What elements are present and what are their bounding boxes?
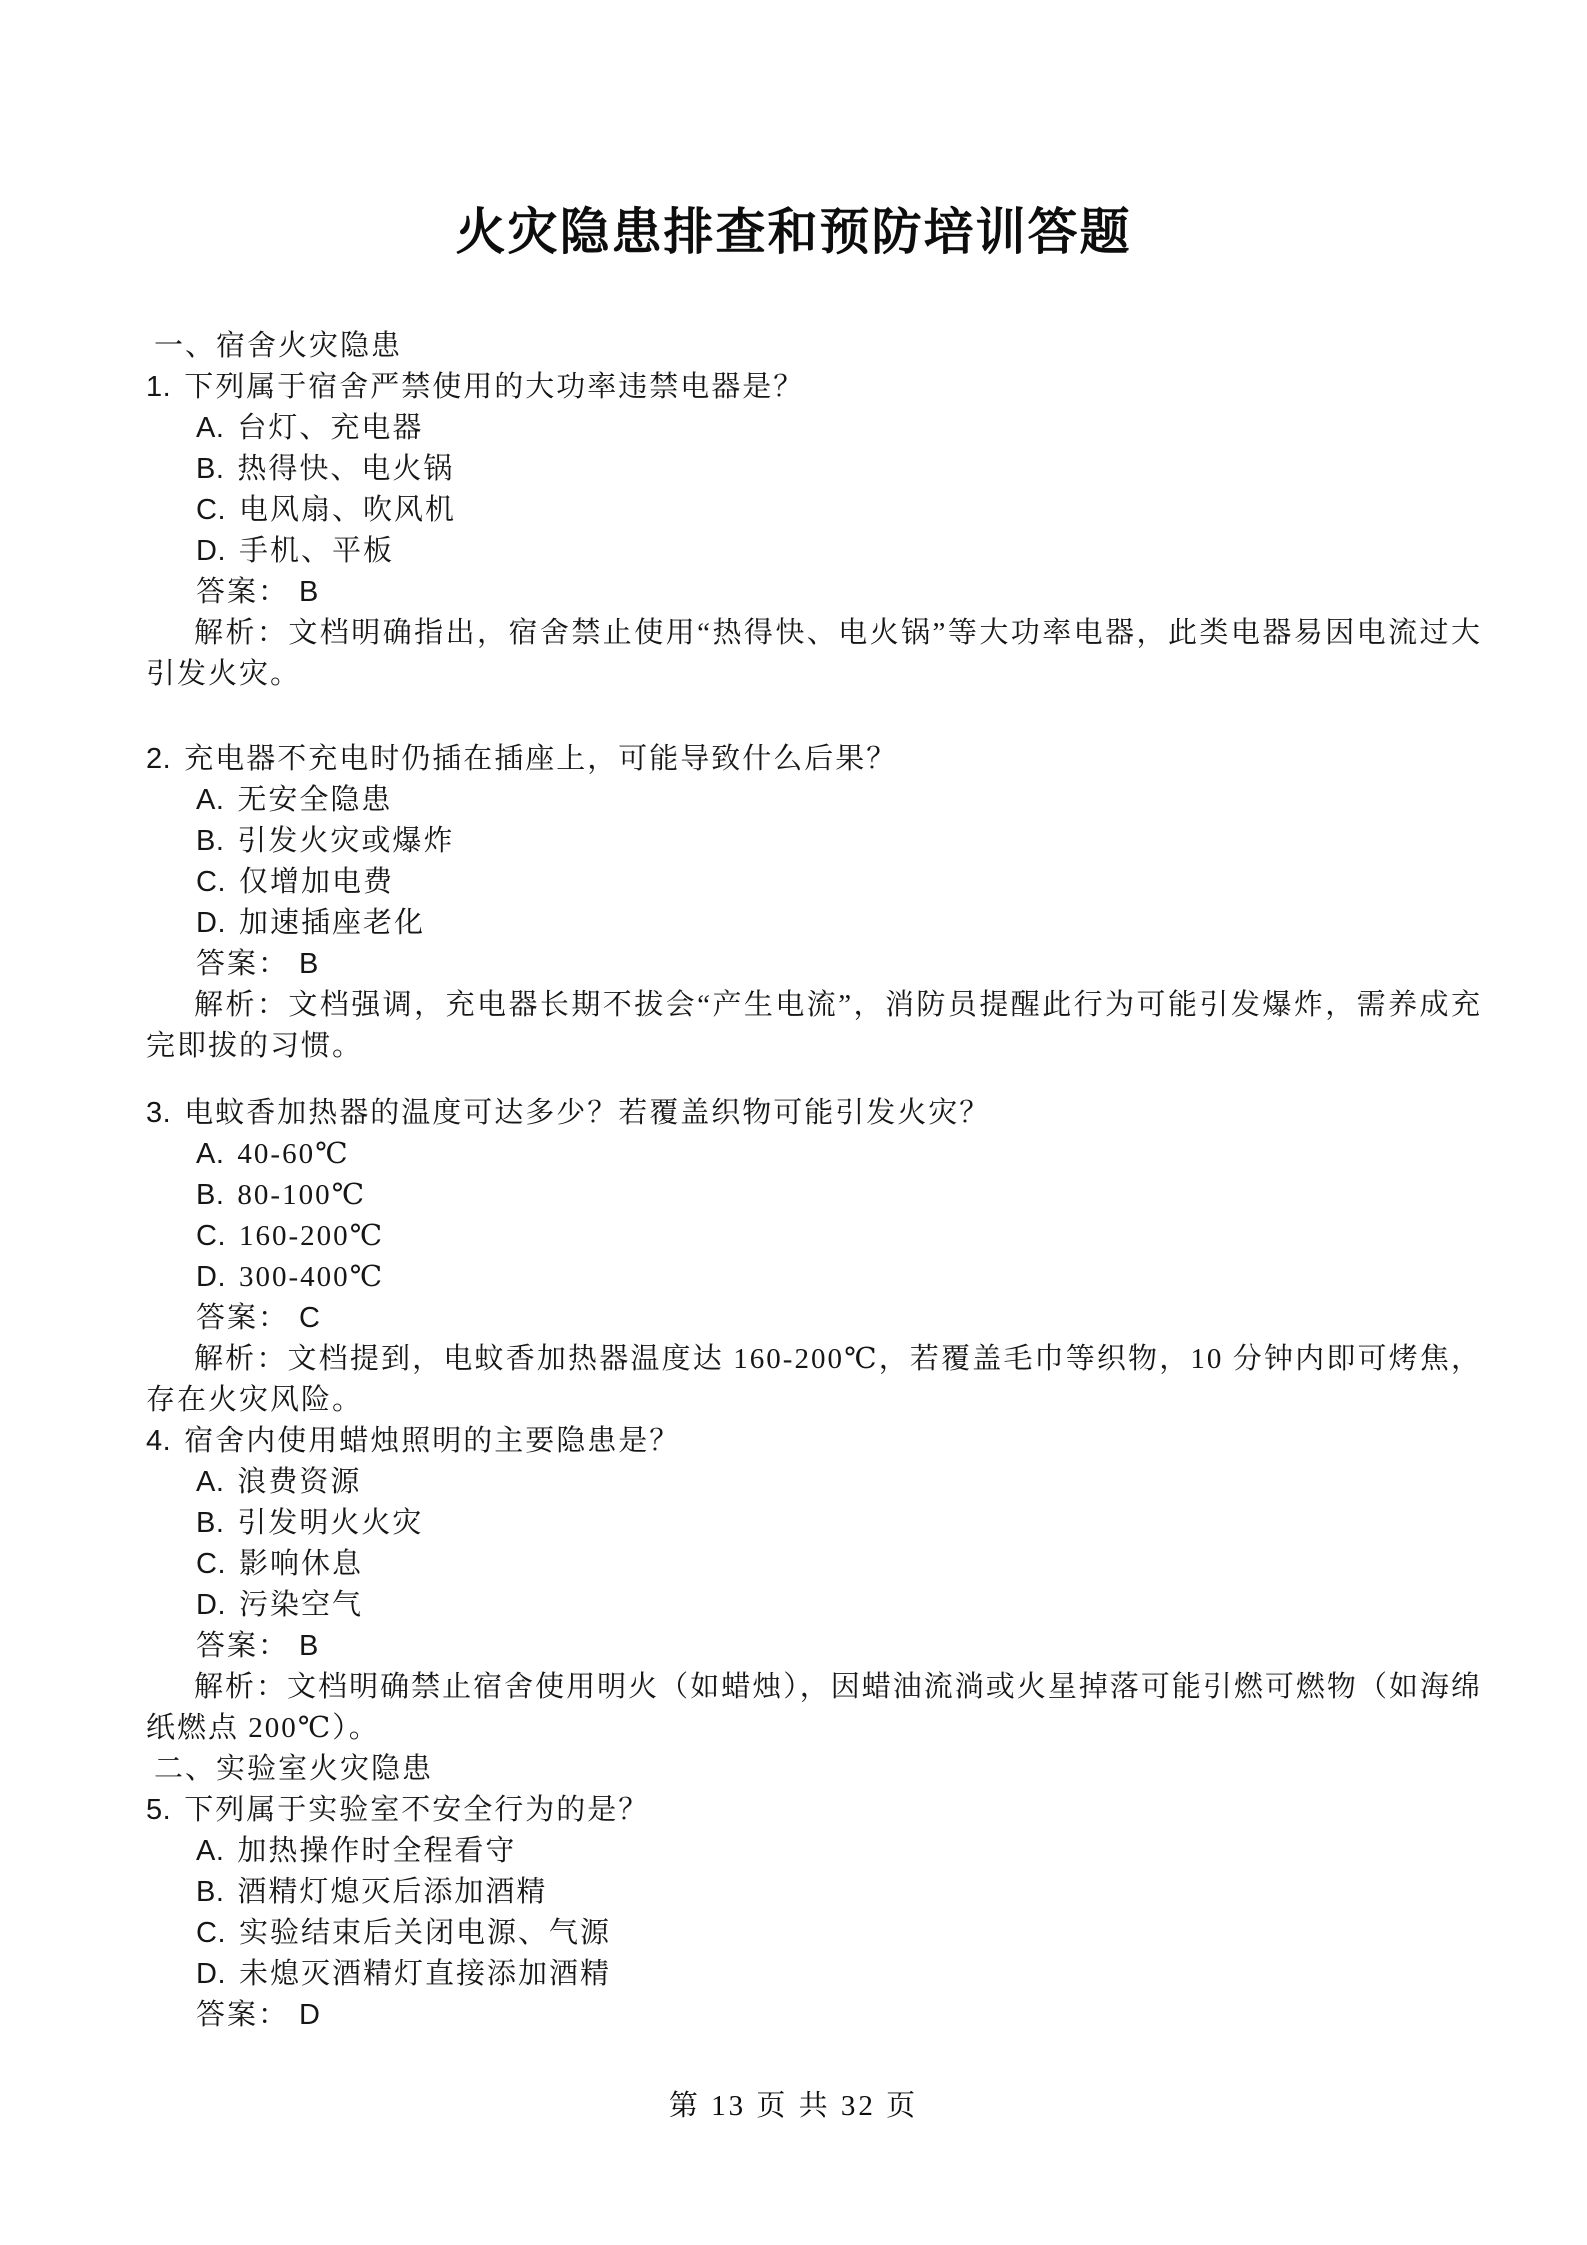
option-text: 浪费资源 [237,1466,361,1498]
option-row: B.引发明火火灾 [146,1503,1482,1544]
option-row: A.浪费资源 [146,1462,1482,1503]
option-label: C. [196,1548,226,1580]
explanation-label: 解析： [194,1343,288,1375]
option-label: B. [196,453,224,485]
option-row: A.40-60℃ [146,1134,1482,1175]
option-label: A. [196,412,224,444]
explanation-label: 解析： [194,617,288,649]
option-label: A. [196,1835,224,1867]
section-heading-2: 二、实验室火灾隐患 [146,1749,1482,1790]
answer-label: 答案： [196,1630,289,1662]
option-row: C.影响休息 [146,1544,1482,1585]
option-label: B. [196,1876,224,1908]
answer-line: 答案：C [146,1298,1482,1339]
document-body: 一、宿舍火灾隐患 1.下列属于宿舍严禁使用的大功率违禁电器是？ A.台灯、充电器… [146,326,1482,2036]
option-label: B. [196,1507,224,1539]
option-row: D.加速插座老化 [146,903,1482,944]
option-label: B. [196,825,224,857]
option-row: B.引发火灾或爆炸 [146,821,1482,862]
option-text: 40-60℃ [237,1138,349,1170]
question-stem: 5.下列属于实验室不安全行为的是？ [146,1790,1482,1831]
question-stem-text: 下列属于宿舍严禁使用的大功率违禁电器是？ [184,371,804,403]
explanation: 解析：文档提到，电蚊香加热器温度达 160-200℃，若覆盖毛巾等织物，10 分… [146,1339,1482,1421]
question-number: 5. [146,1794,171,1826]
option-row: D.未熄灭酒精灯直接添加酒精 [146,1954,1482,1995]
answer-value: B [299,948,319,980]
explanation: 解析：文档明确禁止宿舍使用明火（如蜡烛），因蜡油流淌或火星掉落可能引燃可燃物（如… [146,1667,1482,1749]
question-1: 1.下列属于宿舍严禁使用的大功率违禁电器是？ A.台灯、充电器 B.热得快、电火… [146,367,1482,695]
option-label: D. [196,1958,226,1990]
option-label: A. [196,1138,224,1170]
explanation: 解析：文档强调，充电器长期不拔会“产生电流”，消防员提醒此行为可能引发爆炸，需养… [146,985,1482,1067]
answer-label: 答案： [196,948,289,980]
explanation-label: 解析： [194,989,288,1021]
option-text: 加热操作时全程看守 [237,1835,516,1867]
question-stem-text: 电蚊香加热器的温度可达多少？若覆盖织物可能引发火灾？ [184,1097,990,1129]
question-stem-text: 充电器不充电时仍插在插座上，可能导致什么后果？ [184,743,897,775]
option-label: C. [196,866,226,898]
document-title: 火灾隐患排查和预防培训答题 [0,0,1587,264]
answer-label: 答案： [196,576,289,608]
footer-page-indicator: 第 13 页 共 32 页 [0,2086,1587,2127]
option-label: B. [196,1179,224,1211]
option-row: B.80-100℃ [146,1175,1482,1216]
option-row: D.手机、平板 [146,531,1482,572]
option-row: B.热得快、电火锅 [146,449,1482,490]
explanation: 解析：文档明确指出，宿舍禁止使用“热得快、电火锅”等大功率电器，此类电器易因电流… [146,613,1482,695]
option-row: D.污染空气 [146,1585,1482,1626]
question-4: 4.宿舍内使用蜡烛照明的主要隐患是？ A.浪费资源 B.引发明火火灾 C.影响休… [146,1421,1482,1749]
document-page: 火灾隐患排查和预防培训答题 一、宿舍火灾隐患 1.下列属于宿舍严禁使用的大功率违… [0,0,1587,2245]
explanation-text: 文档明确指出，宿舍禁止使用“热得快、电火锅”等大功率电器，此类电器易因电流过大引… [146,617,1482,690]
option-label: D. [196,907,226,939]
option-text: 300-400℃ [239,1261,384,1293]
explanation-label: 解析： [194,1671,287,1703]
explanation-text: 文档强调，充电器长期不拔会“产生电流”，消防员提醒此行为可能引发爆炸，需养成充完… [146,989,1482,1062]
option-label: A. [196,784,224,816]
explanation-text: 文档提到，电蚊香加热器温度达 160-200℃，若覆盖毛巾等织物，10 分钟内即… [146,1343,1482,1416]
option-label: D. [196,535,226,567]
option-row: A.无安全隐患 [146,780,1482,821]
option-row: A.台灯、充电器 [146,408,1482,449]
option-text: 无安全隐患 [237,784,392,816]
section-heading-1: 一、宿舍火灾隐患 [146,326,1482,367]
question-3: 3.电蚊香加热器的温度可达多少？若覆盖织物可能引发火灾？ A.40-60℃ B.… [146,1093,1482,1421]
question-stem: 3.电蚊香加热器的温度可达多少？若覆盖织物可能引发火灾？ [146,1093,1482,1134]
option-label: A. [196,1466,224,1498]
question-stem: 2.充电器不充电时仍插在插座上，可能导致什么后果？ [146,739,1482,780]
explanation-text: 文档明确禁止宿舍使用明火（如蜡烛），因蜡油流淌或火星掉落可能引燃可燃物（如海绵纸… [146,1671,1482,1744]
option-row: A.加热操作时全程看守 [146,1831,1482,1872]
option-text: 手机、平板 [239,535,394,567]
question-number: 1. [146,371,171,403]
answer-label: 答案： [196,1302,289,1334]
option-text: 仅增加电费 [239,866,394,898]
question-number: 2. [146,743,171,775]
option-row: C.160-200℃ [146,1216,1482,1257]
option-label: C. [196,1917,226,1949]
question-stem-text: 宿舍内使用蜡烛照明的主要隐患是？ [184,1425,680,1457]
option-text: 污染空气 [239,1589,363,1621]
question-number: 3. [146,1097,171,1129]
answer-value: D [299,1999,320,2031]
option-row: C.实验结束后关闭电源、气源 [146,1913,1482,1954]
option-text: 台灯、充电器 [237,412,423,444]
option-text: 加速插座老化 [239,907,425,939]
option-text: 引发火灾或爆炸 [237,825,454,857]
answer-line: 答案：B [146,1626,1482,1667]
question-number: 4. [146,1425,171,1457]
option-row: D.300-400℃ [146,1257,1482,1298]
question-stem-text: 下列属于实验室不安全行为的是？ [184,1794,649,1826]
question-5: 5.下列属于实验室不安全行为的是？ A.加热操作时全程看守 B.酒精灯熄灭后添加… [146,1790,1482,2036]
option-text: 酒精灯熄灭后添加酒精 [237,1876,547,1908]
option-text: 实验结束后关闭电源、气源 [239,1917,611,1949]
option-text: 影响休息 [239,1548,363,1580]
option-label: D. [196,1589,226,1621]
question-2: 2.充电器不充电时仍插在插座上，可能导致什么后果？ A.无安全隐患 B.引发火灾… [146,739,1482,1067]
answer-line: 答案：D [146,1995,1482,2036]
question-stem: 4.宿舍内使用蜡烛照明的主要隐患是？ [146,1421,1482,1462]
answer-value: B [299,576,319,608]
option-row: B.酒精灯熄灭后添加酒精 [146,1872,1482,1913]
question-stem: 1.下列属于宿舍严禁使用的大功率违禁电器是？ [146,367,1482,408]
option-label: D. [196,1261,226,1293]
option-text: 未熄灭酒精灯直接添加酒精 [239,1958,611,1990]
answer-line: 答案：B [146,944,1482,985]
answer-label: 答案： [196,1999,289,2031]
option-row: C.电风扇、吹风机 [146,490,1482,531]
answer-line: 答案：B [146,572,1482,613]
answer-value: C [299,1302,320,1334]
option-label: C. [196,1220,226,1252]
option-row: C.仅增加电费 [146,862,1482,903]
option-text: 160-200℃ [239,1220,384,1252]
option-label: C. [196,494,226,526]
option-text: 80-100℃ [237,1179,366,1211]
option-text: 引发明火火灾 [237,1507,423,1539]
option-text: 热得快、电火锅 [237,453,454,485]
option-text: 电风扇、吹风机 [239,494,456,526]
answer-value: B [299,1630,319,1662]
